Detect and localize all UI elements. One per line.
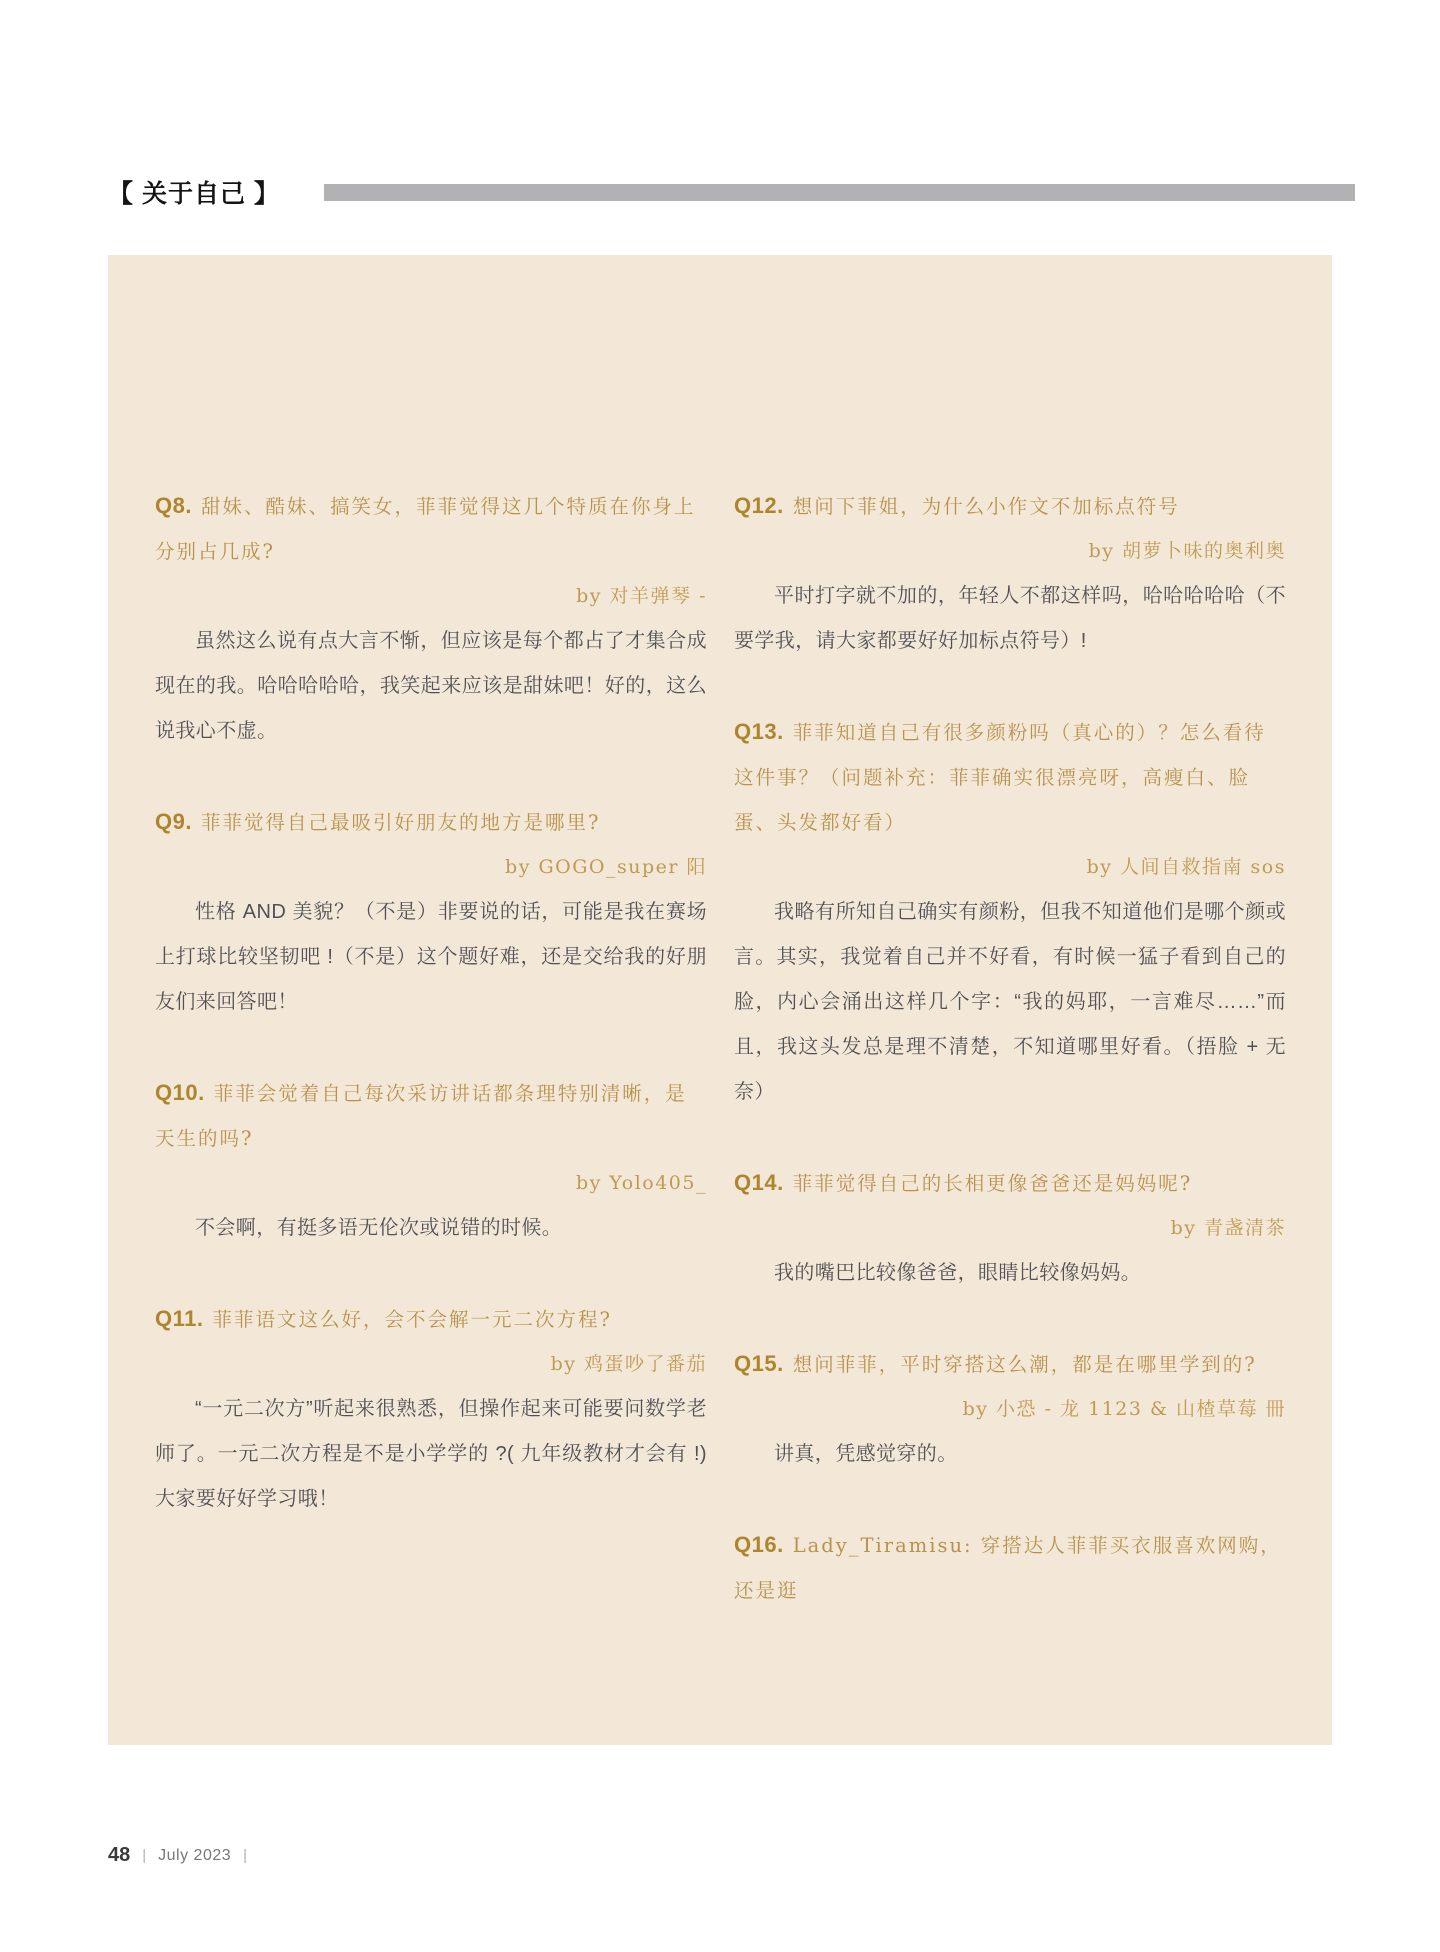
answer-text: 虽然这么说有点大言不惭，但应该是每个都占了才集合成现在的我。哈哈哈哈哈，我笑起来… [155,619,707,754]
question-text: Lady_Tiramisu: 穿搭达人菲菲买衣服喜欢网购，还是逛 [734,1534,1282,1602]
question-line: Q16.Lady_Tiramisu: 穿搭达人菲菲买衣服喜欢网购，还是逛 [734,1522,1286,1613]
question-text: 菲菲知道自己有很多颜粉吗（真心的）？怎么看待这件事？（问题补充：菲菲确实很漂亮呀… [734,721,1266,834]
qa-panel: Q8.甜妹、酷妹、搞笑女，菲菲觉得这几个特质在你身上分别占几成? by 对羊弹琴… [108,255,1332,1745]
answer-text: 讲真，凭感觉穿的。 [734,1432,1286,1477]
qa-item: Q10.菲菲会觉着自己每次采访讲话都条理特别清晰，是天生的吗? by Yolo4… [155,1070,707,1251]
page-footer: 48 | July 2023 | [108,1844,247,1867]
qa-item: Q8.甜妹、酷妹、搞笑女，菲菲觉得这几个特质在你身上分别占几成? by 对羊弹琴… [155,483,707,754]
answer-text: 性格 AND 美貌？（不是）非要说的话，可能是我在赛场上打球比较坚韧吧 !（不是… [155,890,707,1025]
question-number: Q15. [734,1351,784,1376]
question-number: Q10. [155,1080,205,1105]
header-divider-bar [324,184,1355,201]
qa-column-right: Q12.想问下菲姐，为什么小作文不加标点符号 by 胡萝卜味的奥利奥 平时打字就… [734,483,1286,1745]
question-line: Q14.菲菲觉得自己的长相更像爸爸还是妈妈呢? [734,1160,1286,1206]
question-text: 菲菲觉得自己的长相更像爸爸还是妈妈呢? [793,1172,1192,1195]
byline: by 小恐 - 龙 1123 & 山楂草莓 冊 [734,1387,1286,1432]
question-text: 想问菲菲，平时穿搭这么潮，都是在哪里学到的? [793,1353,1257,1376]
question-number: Q14. [734,1170,784,1195]
issue-date: July 2023 [158,1847,231,1865]
byline: by 青盏清茶 [734,1206,1286,1251]
byline: by 对羊弹琴 - [155,574,707,619]
byline: by 人间自救指南 sos [734,845,1286,890]
question-line: Q13.菲菲知道自己有很多颜粉吗（真心的）？怎么看待这件事？（问题补充：菲菲确实… [734,709,1286,845]
answer-text: 我的嘴巴比较像爸爸，眼睛比较像妈妈。 [734,1251,1286,1296]
qa-item: Q13.菲菲知道自己有很多颜粉吗（真心的）？怎么看待这件事？（问题补充：菲菲确实… [734,709,1286,1115]
question-text: 菲菲觉得自己最吸引好朋友的地方是哪里? [201,811,600,834]
footer-separator: | [243,1847,247,1864]
qa-item: Q15.想问菲菲，平时穿搭这么潮，都是在哪里学到的? by 小恐 - 龙 112… [734,1341,1286,1477]
question-text: 甜妹、酷妹、搞笑女，菲菲觉得这几个特质在你身上分别占几成? [155,495,695,563]
qa-item: Q12.想问下菲姐，为什么小作文不加标点符号 by 胡萝卜味的奥利奥 平时打字就… [734,483,1286,664]
qa-item: Q14.菲菲觉得自己的长相更像爸爸还是妈妈呢? by 青盏清茶 我的嘴巴比较像爸… [734,1160,1286,1296]
byline: by 胡萝卜味的奥利奥 [734,529,1286,574]
footer-separator: | [142,1847,146,1864]
answer-text: “一元二次方”听起来很熟悉，但操作起来可能要问数学老师了。一元二次方程是不是小学… [155,1387,707,1522]
question-line: Q12.想问下菲姐，为什么小作文不加标点符号 [734,483,1286,529]
byline: by Yolo405_ [155,1161,707,1206]
question-number: Q11. [155,1306,203,1331]
section-title: 【 关于自己 】 [108,174,280,210]
page-header: 【 关于自己 】 [108,174,1355,210]
answer-text: 不会啊，有挺多语无伦次或说错的时候。 [155,1206,707,1251]
question-number: Q8. [155,493,192,518]
question-text: 菲菲语文这么好，会不会解一元二次方程? [212,1308,611,1331]
question-number: Q12. [734,493,784,518]
question-line: Q8.甜妹、酷妹、搞笑女，菲菲觉得这几个特质在你身上分别占几成? [155,483,707,574]
question-line: Q15.想问菲菲，平时穿搭这么潮，都是在哪里学到的? [734,1341,1286,1387]
qa-item: Q11.菲菲语文这么好，会不会解一元二次方程? by 鸡蛋吵了番茄 “一元二次方… [155,1296,707,1522]
qa-item: Q9.菲菲觉得自己最吸引好朋友的地方是哪里? by GOGO_super 阳 性… [155,799,707,1025]
question-line: Q10.菲菲会觉着自己每次采访讲话都条理特别清晰，是天生的吗? [155,1070,707,1161]
answer-text: 我略有所知自己确实有颜粉，但我不知道他们是哪个颜或言。其实，我觉着自己并不好看，… [734,890,1286,1115]
question-text: 菲菲会觉着自己每次采访讲话都条理特别清晰，是天生的吗? [155,1082,687,1150]
question-number: Q16. [734,1532,784,1557]
question-line: Q9.菲菲觉得自己最吸引好朋友的地方是哪里? [155,799,707,845]
answer-text: 平时打字就不加的，年轻人不都这样吗，哈哈哈哈哈（不要学我，请大家都要好好加标点符… [734,574,1286,664]
page-number: 48 [108,1844,130,1867]
byline: by GOGO_super 阳 [155,845,707,890]
question-line: Q11.菲菲语文这么好，会不会解一元二次方程? [155,1296,707,1342]
question-text: 想问下菲姐，为什么小作文不加标点符号 [793,495,1180,518]
byline: by 鸡蛋吵了番茄 [155,1342,707,1387]
question-number: Q9. [155,809,192,834]
question-number: Q13. [734,719,784,744]
qa-item: Q16.Lady_Tiramisu: 穿搭达人菲菲买衣服喜欢网购，还是逛 [734,1522,1286,1613]
qa-column-left: Q8.甜妹、酷妹、搞笑女，菲菲觉得这几个特质在你身上分别占几成? by 对羊弹琴… [155,483,707,1745]
